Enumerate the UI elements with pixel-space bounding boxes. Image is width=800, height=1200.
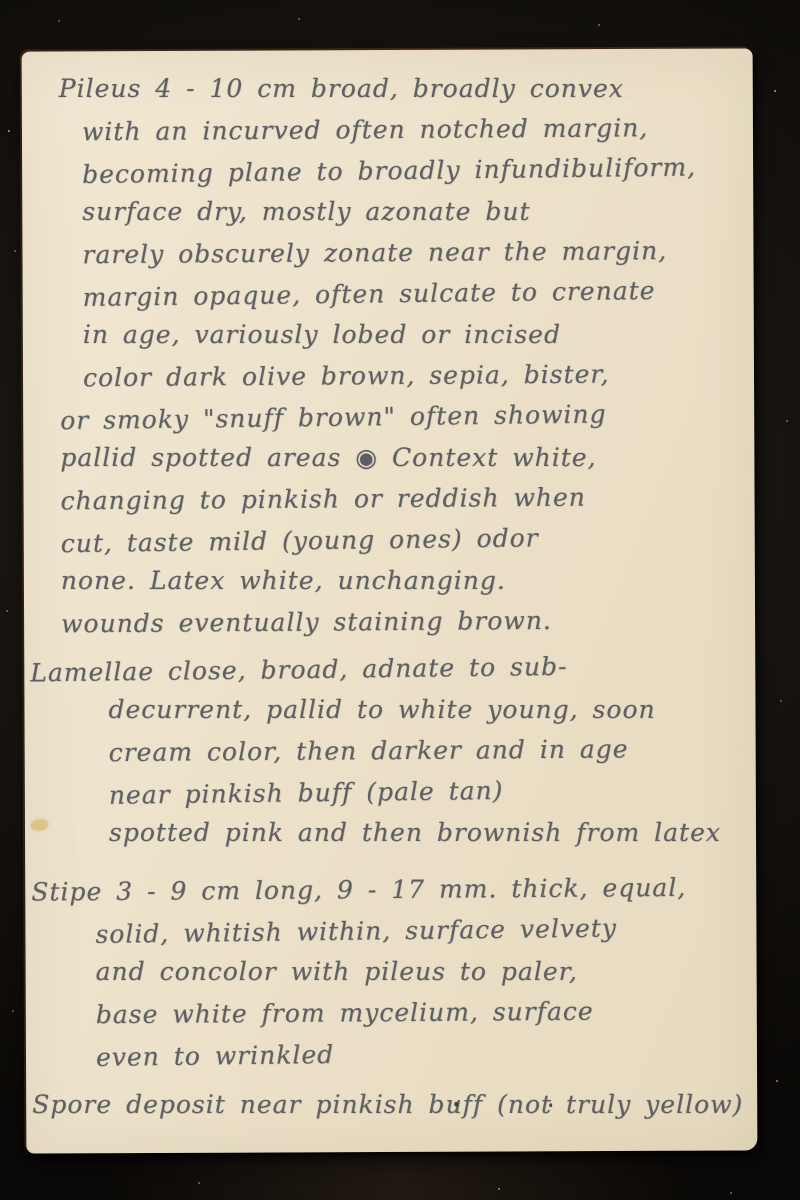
handwritten-text: Pileus 4 - 10 cm broad, broadly convexwi…: [22, 66, 750, 1126]
handwritten-line: spotted pink and then brownish from late…: [109, 812, 748, 853]
handwritten-line: base white from mycelium, surface: [96, 990, 749, 1036]
handwritten-line: color dark olive brown, sepia, bister,: [83, 353, 746, 399]
dust-speckles: [8, 130, 10, 132]
handwritten-line: Spore deposit near pinkish buff (not tru…: [32, 1084, 749, 1125]
handwritten-line: near pinkish buff (pale tan): [109, 767, 748, 816]
handwritten-line: Pileus 4 - 10 cm broad, broadly convex: [59, 68, 745, 109]
handwritten-line: margin opaque, often sulcate to crenate: [82, 269, 745, 318]
handwritten-line: with an incurved often notched margin,: [82, 107, 745, 153]
handwritten-line: solid, whitish within, surface velvety: [95, 906, 748, 955]
index-card: Pileus 4 - 10 cm broad, broadly convexwi…: [22, 48, 758, 1153]
handwritten-line: rarely obscurely zonate near the margin,: [82, 230, 745, 276]
handwritten-line: cream color, then darker and in age: [109, 728, 748, 773]
handwritten-line: in age, variously lobed or incised: [83, 314, 746, 355]
handwritten-line: even to wrinkled: [96, 1029, 749, 1078]
handwritten-line: and concolor with pileus to paler,: [96, 951, 749, 992]
handwritten-line: none. Latex white, unchanging.: [61, 560, 747, 601]
handwritten-line: or smoky "snuff brown" often showing: [60, 392, 746, 441]
card-speck: [549, 1103, 552, 1107]
photo-background: Pileus 4 - 10 cm broad, broadly convexwi…: [0, 0, 800, 1200]
handwritten-line: becoming plane to broadly infundibulifor…: [82, 146, 745, 195]
handwritten-line: surface dry, mostly azonate but: [82, 191, 745, 232]
handwritten-line: changing to pinkish or reddish when: [60, 476, 746, 522]
handwritten-line: cut, taste mild (young ones) odor: [61, 515, 747, 564]
handwritten-line: Lamellae close, broad, adnate to sub-: [30, 644, 747, 694]
card-speck: [454, 1102, 458, 1107]
handwritten-line: Stipe 3 - 9 cm long, 9 - 17 mm. thick, e…: [31, 866, 748, 912]
handwritten-line: decurrent, pallid to white young, soon: [108, 689, 747, 730]
handwritten-line: wounds eventually staining brown.: [61, 599, 747, 645]
handwritten-line: pallid spotted areas ◉ Context white,: [60, 437, 746, 478]
